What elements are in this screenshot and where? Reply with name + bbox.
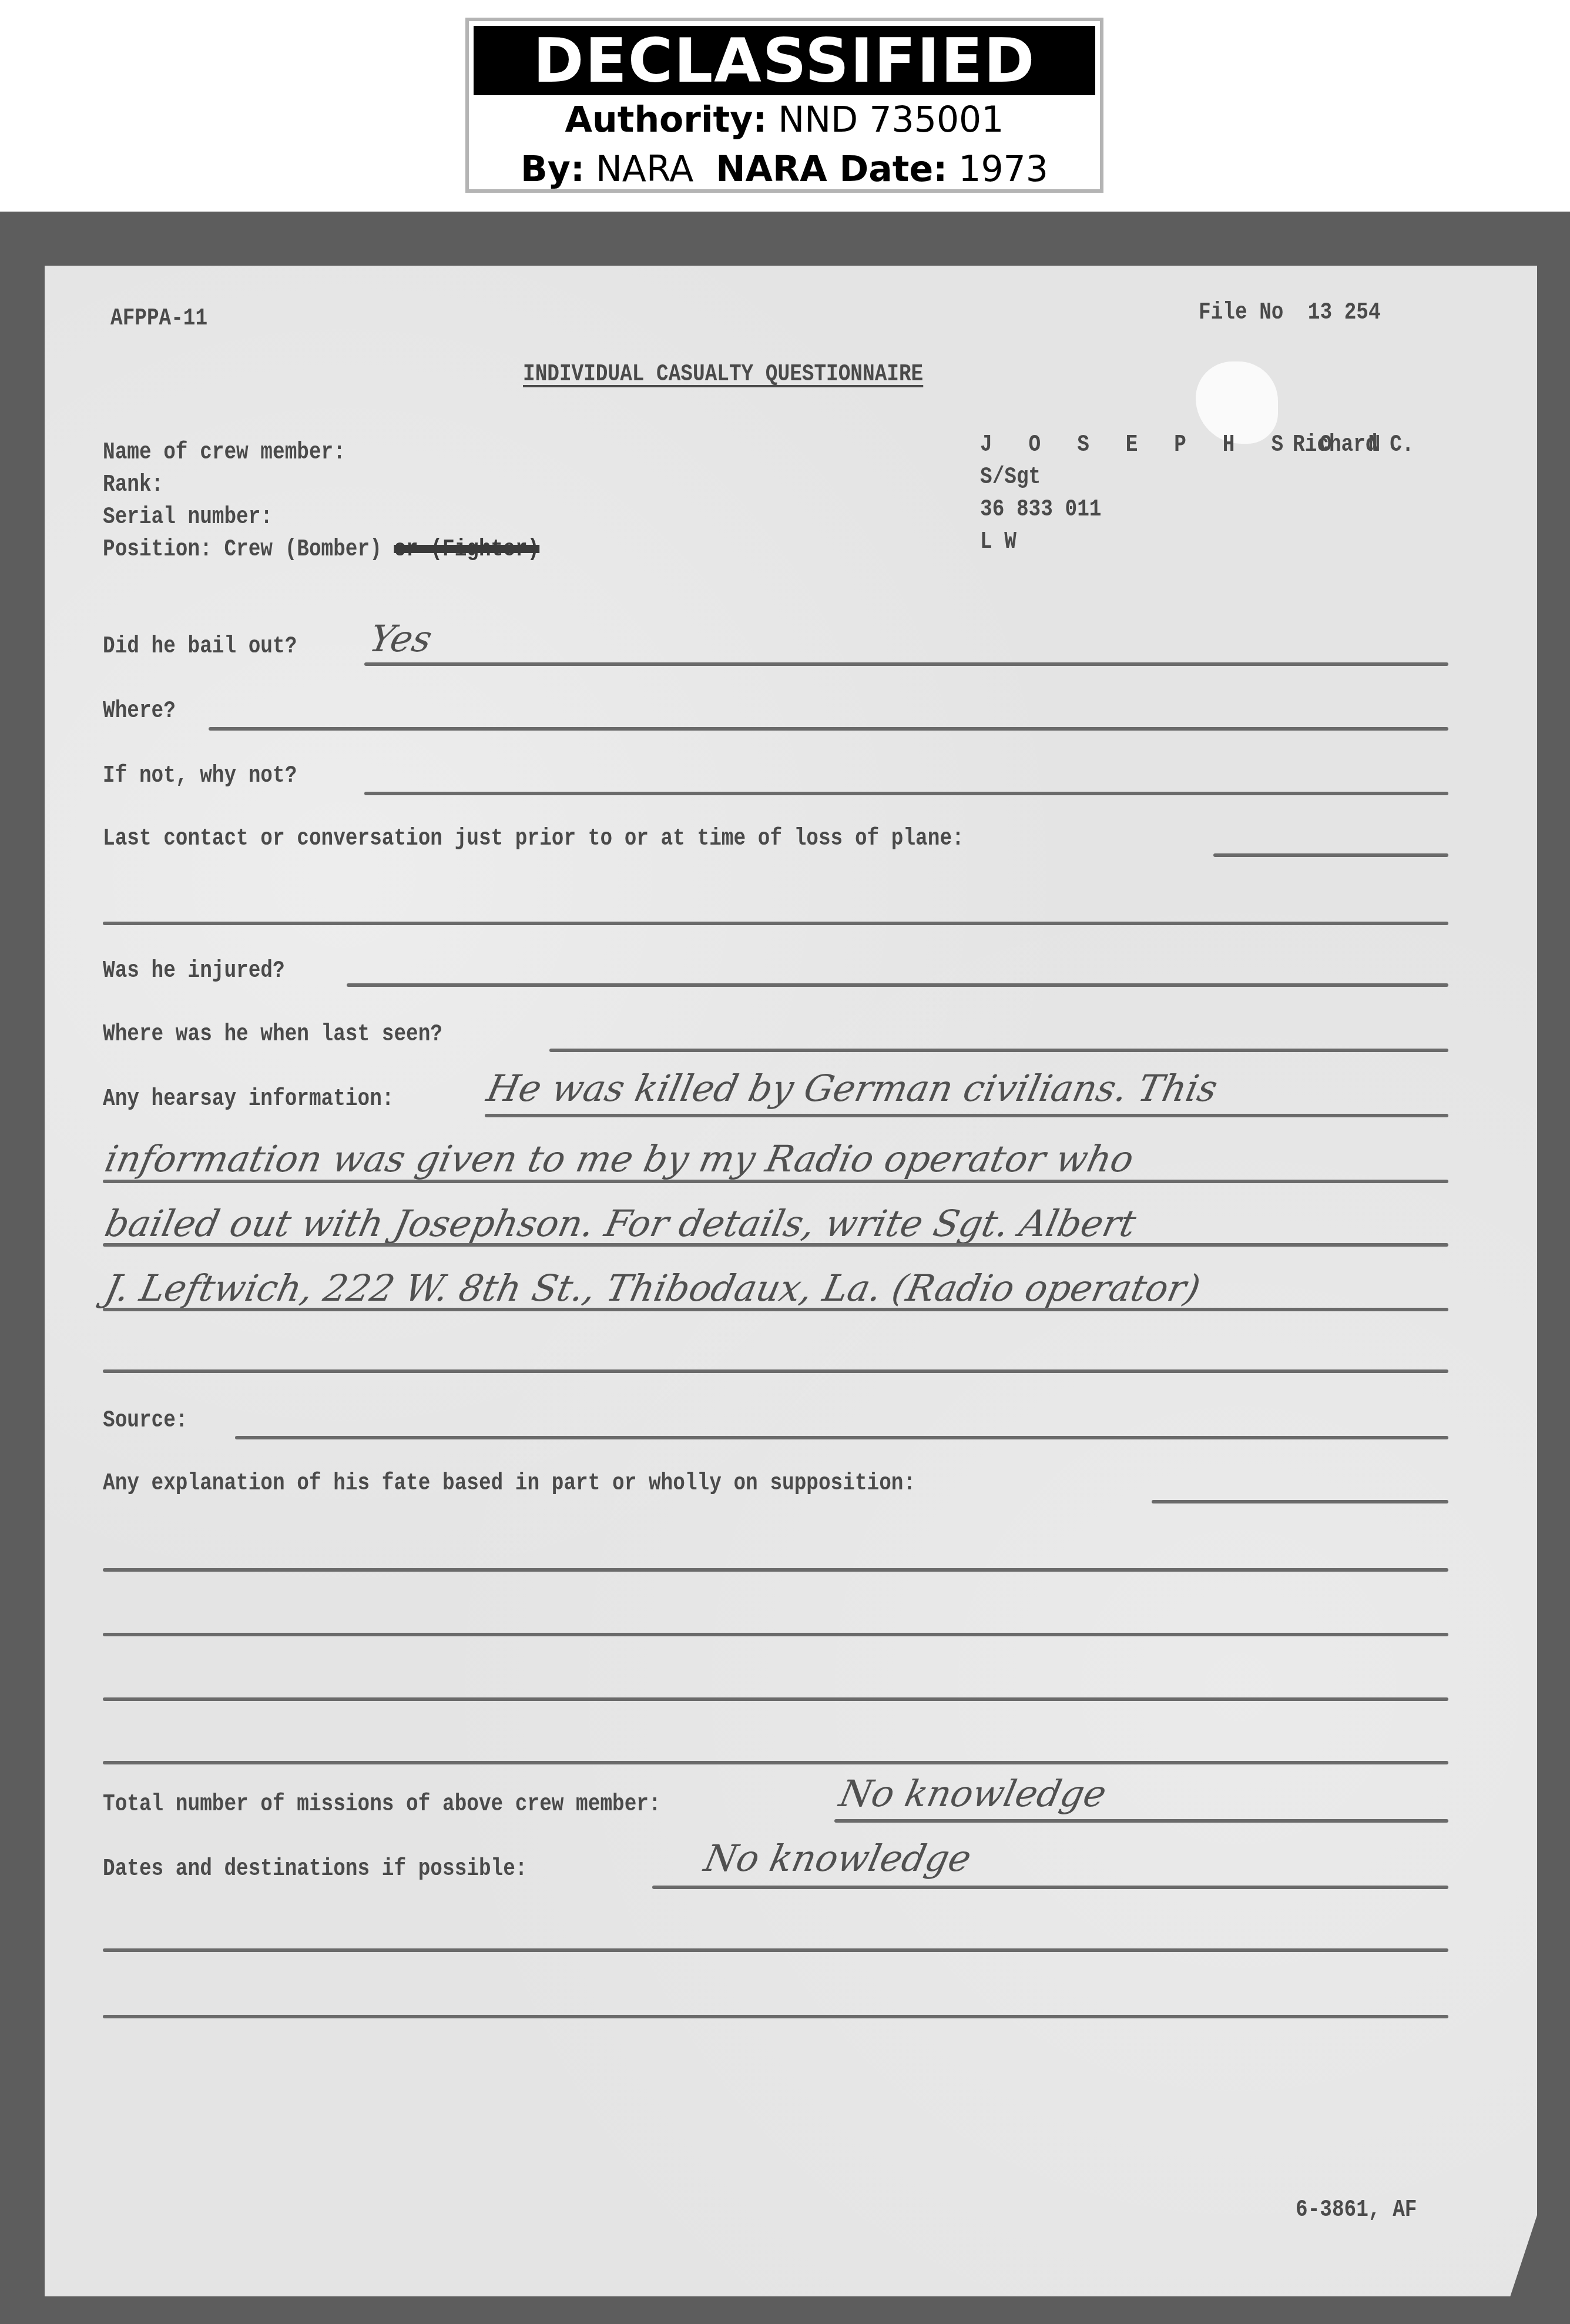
stamp-authority: Authority: NND 735001 (469, 95, 1100, 145)
explanation-line-4 (103, 1697, 1448, 1701)
last-seen-label: Where was he when last seen? (103, 1022, 442, 1048)
file-number: File No 13 254 (1199, 300, 1381, 326)
stamp-authority-label: Authority: (565, 99, 767, 140)
hearsay-rule-1 (485, 1114, 1448, 1117)
dates-line-3 (103, 2015, 1448, 2018)
stamp-date-value: 1973 (958, 149, 1048, 190)
last-contact-label: Last contact or conversation just prior … (103, 826, 964, 852)
dates-line-2 (103, 1948, 1448, 1952)
position-label-text: Position: Crew (Bomber) (103, 537, 382, 563)
missions-line (834, 1819, 1448, 1823)
where-line (209, 727, 1448, 731)
dates-label: Dates and destinations if possible: (103, 1856, 528, 1883)
hearsay-rule-2 (103, 1180, 1448, 1183)
dates-line (652, 1886, 1448, 1889)
source-label: Source: (103, 1408, 188, 1434)
last-seen-line (549, 1049, 1448, 1052)
bail-out-label: Did he bail out? (103, 634, 297, 660)
declassified-stamp: DECLASSIFIED Authority: NND 735001 By: N… (465, 18, 1103, 193)
form-code: AFPPA-11 (110, 306, 207, 332)
last-contact-line (1213, 853, 1448, 857)
missions-answer: No knowledge (836, 1772, 1110, 1815)
bail-out-answer: Yes (365, 617, 436, 660)
stamp-by-label: By: (521, 149, 585, 190)
dates-answer: No knowledge (700, 1837, 975, 1880)
footer-form-code: 6-3861, AF (1296, 2197, 1417, 2223)
position-struck-text: or (Fighter) (394, 537, 539, 563)
serial-label: Serial number: (103, 504, 273, 531)
explanation-line-2 (103, 1568, 1448, 1572)
explanation-label: Any explanation of his fate based in par… (103, 1471, 915, 1497)
form-title: INDIVIDUAL CASUALTY QUESTIONNAIRE (523, 361, 923, 388)
stamp-heading: DECLASSIFIED (474, 26, 1095, 95)
position-value: L W (980, 529, 1017, 555)
given-name-value: Richard C. (1293, 432, 1414, 458)
stamp-by-value: NARA (596, 149, 693, 190)
rank-value: S/Sgt (980, 464, 1041, 491)
where-label: Where? (103, 698, 176, 725)
explanation-line-5 (103, 1761, 1448, 1764)
hearsay-rule-3 (103, 1243, 1448, 1247)
position-label: Position: Crew (Bomber) or (Fighter) (103, 537, 539, 563)
stamp-by-date: By: NARA NARA Date: 1973 (469, 145, 1100, 194)
bail-out-line (364, 662, 1448, 666)
stamp-authority-value: NND 735001 (778, 99, 1004, 140)
explanation-line-3 (103, 1633, 1448, 1636)
name-label: Name of crew member: (103, 440, 345, 466)
hearsay-line-1: He was killed by German civilians. This (483, 1067, 1221, 1110)
rank-label: Rank: (103, 472, 163, 498)
hearsay-line-3: bailed out with Josephson. For details, … (101, 1202, 1139, 1245)
hearsay-label: Any hearsay information: (103, 1086, 394, 1113)
explanation-line (1152, 1500, 1448, 1503)
file-number-value: 13 254 (1308, 300, 1381, 326)
source-line (235, 1436, 1448, 1439)
if-not-label: If not, why not? (103, 763, 297, 789)
last-contact-line-2 (103, 922, 1448, 925)
injured-line (347, 983, 1448, 987)
hearsay-rule-5 (103, 1369, 1448, 1373)
file-number-label: File No (1199, 300, 1284, 326)
hearsay-rule-4 (103, 1308, 1448, 1311)
injured-label: Was he injured? (103, 958, 285, 984)
missions-label: Total number of missions of above crew m… (103, 1791, 661, 1818)
stamp-date-label: NARA Date: (716, 149, 947, 190)
serial-number-value: 36 833 011 (980, 497, 1101, 523)
hearsay-line-4: J. Leftwich, 222 W. 8th St., Thibodaux, … (101, 1267, 1204, 1310)
if-not-line (364, 792, 1448, 795)
hearsay-line-2: information was given to me by my Radio … (101, 1137, 1138, 1180)
